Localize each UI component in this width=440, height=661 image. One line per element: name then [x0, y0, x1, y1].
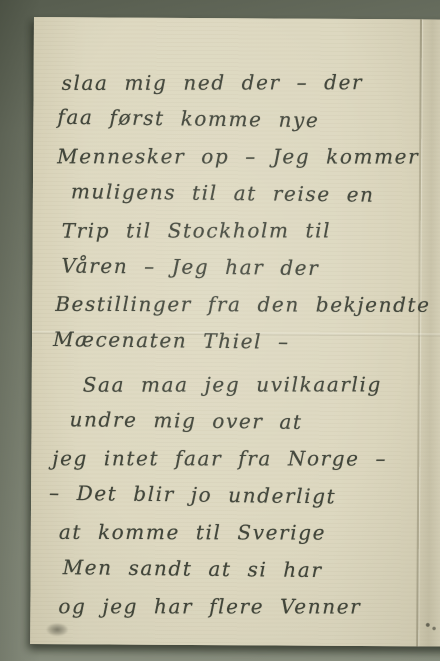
handwritten-line: at komme til Sverige: [59, 515, 440, 553]
handwriting-block: slaa mig ned der – der faa først komme n…: [30, 64, 440, 628]
handwritten-line: Våren – Jeg har der: [61, 248, 440, 289]
handwritten-line: Bestillinger fra den bekjendte: [55, 287, 440, 325]
handwritten-line: Saa maa jeg uvilkaarlig: [83, 367, 440, 404]
handwritten-line: Trip til Stockholm til: [62, 213, 440, 250]
handwritten-line: – Det blir jo underligt: [49, 476, 440, 518]
handwritten-line: faa først komme nye: [57, 100, 440, 142]
handwritten-line: jeg intet faar fra Norge –: [52, 441, 440, 478]
handwritten-line: og jeg har flere Venner: [58, 589, 440, 626]
handwritten-line: undre mig over at: [69, 402, 440, 443]
handwritten-line: Mæcenaten Thiel –: [53, 322, 440, 364]
handwritten-line: Mennesker op – Jeg kommer: [57, 139, 440, 176]
letter-paper: slaa mig ned der – der faa først komme n…: [30, 17, 440, 647]
handwritten-line: Men sandt at si har: [62, 550, 440, 592]
handwritten-line: slaa mig ned der – der: [62, 65, 440, 103]
handwritten-line: muligens til at reise en: [71, 174, 440, 215]
photo-background: slaa mig ned der – der faa først komme n…: [0, 0, 440, 661]
